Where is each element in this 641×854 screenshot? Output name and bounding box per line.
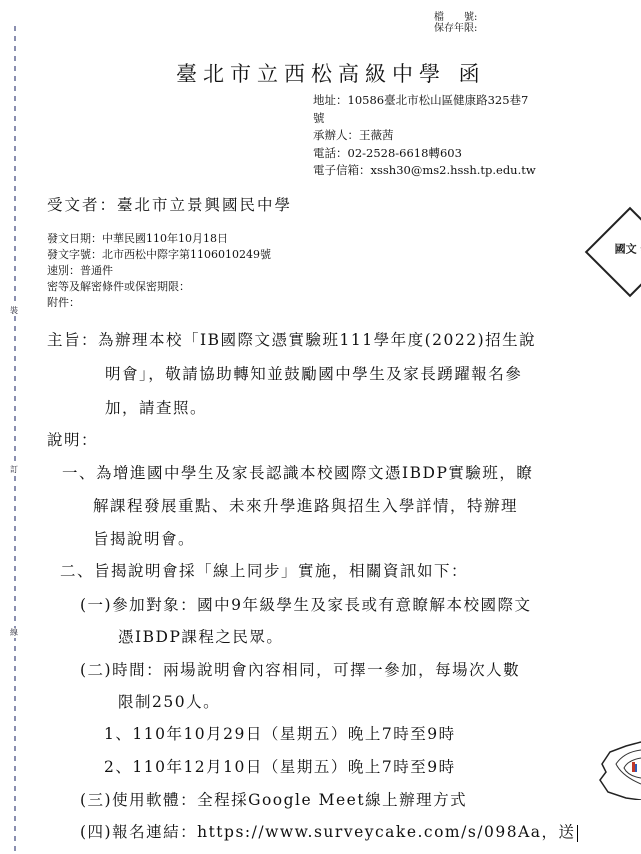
explanation-item1-line3: 旨揭說明會。 (93, 527, 195, 549)
secrecy-level: 密等及解密條件或保密期限： (47, 279, 271, 295)
time-line2: 限制250人。 (118, 690, 220, 712)
binding-dotted-line (14, 26, 16, 854)
official-stamp-top: 國文 發函 (585, 207, 641, 298)
participants-line2: 憑IBDP課程之民眾。 (118, 625, 283, 647)
software-line: (三)使用軟體：全程採Google Meet線上辦理方式 (80, 788, 467, 810)
subject-line3: 加，請查照。 (105, 396, 207, 418)
sender-phone: 電話：02-2528-6618轉603 (313, 145, 536, 163)
explanation-item1-line2: 解課程發展重點、未來升學進路與招生入學詳情，特辦理 (93, 494, 518, 516)
document-number: 發文字號：北市西松中際字第1106010249號 (47, 247, 271, 263)
session-2: 2、110年12月10日（星期五）晚上7時至9時 (104, 755, 456, 777)
text-cursor (577, 825, 578, 842)
sender-block: 地址：10586臺北市松山區健康路325巷7 號 承辦人：王薇茜 電話：02-2… (313, 92, 536, 180)
sender-contact: 承辦人：王薇茜 (313, 127, 536, 145)
seal-stamp-bottom-icon (596, 740, 641, 800)
recipient: 受文者：臺北市立景興國民中學 (47, 193, 292, 215)
issue-date: 發文日期：中華民國110年10月18日 (47, 231, 271, 247)
participants-line1: (一)參加對象：國中9年級學生及家長或有意瞭解本校國際文 (80, 593, 531, 615)
attachment: 附件： (47, 295, 271, 311)
retention-period-label: 保存年限: (434, 23, 477, 34)
archive-number-label: 檔 號: (434, 12, 477, 23)
registration-link-line[interactable]: (四)報名連結：https://www.surveycake.com/s/098… (80, 820, 578, 842)
explanation-item1-line1: 一、為增進國中學生及家長認識本校國際文憑IBDP實驗班，瞭 (62, 461, 533, 483)
delivery-speed: 速別：普通件 (47, 263, 271, 279)
binding-mark-xian: 線 (10, 628, 18, 638)
binding-mark-ding: 訂 (10, 465, 18, 475)
meta-block: 發文日期：中華民國110年10月18日 發文字號：北市西松中際字第1106010… (47, 231, 271, 311)
subject-line1: 主旨：為辦理本校「IB國際文憑實驗班111學年度(2022)招生說 (47, 328, 536, 350)
document-title: 臺北市立西松高級中學 函 (176, 58, 486, 88)
binding-mark-zhuang: 裝 (10, 306, 18, 316)
explanation-item2-intro: 二、旨揭說明會採「線上同步」實施，相關資訊如下： (60, 559, 468, 581)
sender-address-line1: 地址：10586臺北市松山區健康路325巷7 (313, 92, 536, 110)
explanation-label: 說明： (47, 428, 98, 450)
subject-line2: 明會」，敬請協助轉知並鼓勵國中學生及家長踴躍報名參 (105, 362, 522, 384)
session-1: 1、110年10月29日（星期五）晚上7時至9時 (104, 722, 456, 744)
time-line1: (二)時間：兩場說明會內容相同，可擇一參加，每場次人數 (80, 658, 520, 680)
sender-email: 電子信箱：xssh30@ms2.hssh.tp.edu.tw (313, 162, 536, 180)
sender-address-line2: 號 (313, 110, 536, 128)
registration-link-text[interactable]: (四)報名連結：https://www.surveycake.com/s/098… (80, 823, 576, 841)
